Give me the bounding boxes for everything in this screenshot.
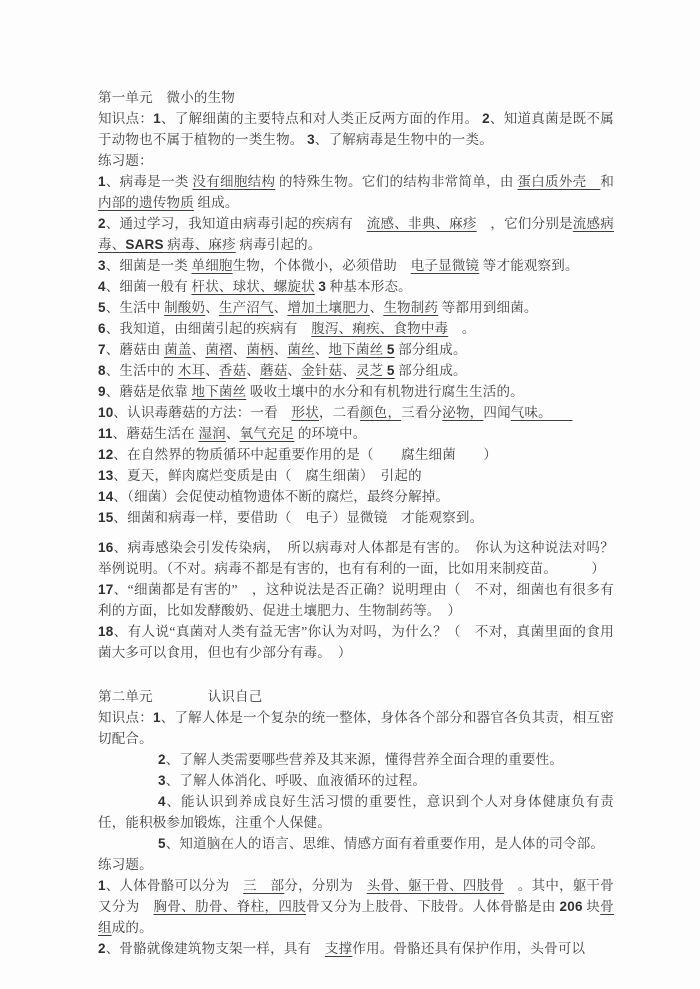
text-run: 、病毒是一类 [106, 174, 193, 189]
text-run: 4 [98, 279, 106, 294]
s2-item-1: 1、人体骨骼可以分为 三 部分，分别为 头骨、躯干骨、四肢骨 。其中，躯干骨又分… [98, 875, 614, 938]
s1-item-8: 8、生活中的 木耳、香菇、蘑菇、金针菇、灵芝 5 部分组成。 [98, 360, 614, 381]
blank-answer-text: 形状 [292, 405, 319, 420]
text-run: 14 [98, 489, 113, 504]
text-run: 5 [158, 836, 166, 851]
section2-knowledge-point-5: 5、知道脑在人的语言、思维、情感方面有着重要作用，是人体的司令部。 [98, 833, 614, 854]
text-run: 、 [370, 300, 384, 315]
text-run: 、（细菌）会促使动植物遗体不断的腐烂，最终分解掉。 [113, 489, 449, 504]
text-run: 17 [98, 582, 113, 597]
blank-answer-text: 单细胞 [192, 258, 233, 273]
blank-answer-text: 菌丝 [287, 342, 314, 357]
text-run: 、能认识到养成良好生活习惯的重要性，意识到个人对身体健康负有责任，能积极参加锻炼… [98, 794, 614, 830]
text-run: 2 [98, 216, 106, 231]
blank-answer-text: 流感、非典、麻疹 [367, 216, 477, 231]
text-run: 、 [287, 363, 301, 378]
blank-answer-text: 蛋白质外壳 [517, 174, 600, 189]
text-run: 三看分 [401, 405, 442, 420]
blank-answer-text: 三 部 [243, 878, 284, 893]
text-run: 成的。 [112, 920, 153, 935]
text-run: 、 [315, 342, 329, 357]
blank-answer-text: 氧气充足 [240, 426, 295, 441]
text-run: 1 [98, 878, 106, 893]
section2-title: 第二单元 认识自己 [98, 686, 614, 707]
text-run: 、夏天，鲜肉腐烂变质是由（ 腐生细菌） 引起的 [113, 468, 421, 483]
text-run: 1 [153, 111, 161, 126]
blank-answer-text: 菌柄 [246, 342, 273, 357]
text-run: 、细菌一般有 [106, 279, 192, 294]
s1-item-7: 7、蘑菇由 菌盖、菌褶、菌柄、菌丝、地下菌丝 5 部分组成。 [98, 339, 614, 360]
text-run: ，二看 [319, 405, 360, 420]
section1-title: 第一单元 微小的生物 [98, 87, 614, 108]
text-run: 、生活中 [106, 300, 164, 315]
text-run: 、 [192, 342, 206, 357]
blank-answer-text: 5 [387, 342, 395, 357]
s1-item-6: 6、我知道，由细菌引起的疾病有 腹泻、痢疾、食物中毒 。 [98, 318, 614, 339]
blank-answer-text: 泌物， [442, 405, 483, 420]
text-run: 12 [98, 447, 113, 462]
text-run: 组成。 [194, 195, 239, 210]
blank-answer-text: 胸骨、肋骨、脊柱，四肢 [154, 899, 307, 914]
text-run: 练习题。 [98, 857, 153, 872]
s1-item-16: 16、病毒感染会引发传染病， 所以病毒对人体都是有害的。 你认为这种说法对吗？举… [98, 537, 614, 579]
text-run: 16 [98, 540, 113, 555]
blank-answer-text: 制酸奶 [164, 300, 205, 315]
text-run: 、了解细菌的主要特点和对人类正反两方面的作用。 [161, 111, 482, 126]
blank-answer-text: 蘑菇 [260, 363, 287, 378]
text-run: ，它们分别是 [477, 216, 573, 231]
section1-exercises-label: 练习题： [98, 150, 614, 171]
text-run: 、了解人体是一个复杂的统一整体，身体各个部分和器官各负其责，相互密切配合。 [98, 710, 614, 746]
text-run: 知识点： [98, 111, 153, 126]
s1-item-14: 14、（细菌）会促使动植物遗体不断的腐烂，最终分解掉。 [98, 486, 614, 507]
blank-answer-text: 香菇 [219, 363, 246, 378]
text-run: 、蘑菇由 [106, 342, 164, 357]
text-run: 2 [98, 941, 106, 956]
text-run: 和 [600, 174, 614, 189]
document-body: 第一单元 微小的生物知识点：1、了解细菌的主要特点和对人类正反两方面的作用。 2… [98, 87, 614, 959]
text-run: 、骨骼就像建筑物支架一样，具有 [106, 941, 325, 956]
text-run: 13 [98, 468, 113, 483]
section2-exercises-label: 练习题。 [98, 854, 614, 875]
text-run: 、通过学习，我知道由病毒引起的疾病有 [106, 216, 367, 231]
text-run: 骨又分为上肢骨、下肢骨。人体骨骼是由 [306, 899, 559, 914]
s1-item-1: 1、病毒是一类 没有细胞结构 的特殊生物。它们的结构非常简单，由 蛋白质外壳 和… [98, 171, 614, 213]
blank-answer-text: 灵芝 [356, 363, 387, 378]
text-run: 块 [583, 899, 601, 914]
text-run: 、人体骨骼可以分为 [106, 878, 243, 893]
text-run: 等都用到细菌。 [438, 300, 537, 315]
blank-answer-text: 病毒、麻疹 [164, 237, 236, 252]
text-run: 、有人说“真菌对人类有益无害”你认为对吗，为什么？（ 不对，真菌里面的食用菌大多… [98, 624, 614, 660]
s1-item-3: 3、细菌是一类 单细胞生物，个体微小，必须借助 电子显微镜 等才能观察到。 [98, 255, 614, 276]
text-run: 1 [98, 174, 106, 189]
blank-answer-text: 支撑 [325, 941, 352, 956]
gap-after-item-15 [98, 528, 614, 537]
gap-between-sections [98, 663, 614, 686]
blank-answer-text: 杆状、球状、螺旋状 [192, 279, 315, 294]
blank-answer-text: 没有细胞结构 [192, 174, 275, 189]
section1-knowledge-points: 知识点：1、了解细菌的主要特点和对人类正反两方面的作用。 2、知道真菌是既不属于… [98, 108, 614, 150]
blank-answer-text: 颜色， [360, 405, 401, 420]
text-run: 18 [98, 624, 113, 639]
text-run: 等才能观察到。 [479, 258, 578, 273]
blank-answer-text: 内部的遗传物质 [98, 195, 194, 210]
s1-item-11: 11、蘑菇生活在 湿润、氧气充足 的环境中。 [98, 423, 614, 444]
text-run: 、认识毒蘑菇的方法：一看 [113, 405, 291, 420]
text-run: 、“细菌都是有害的” ，这种说法是否正确？说明理由（ 不对，细菌也有很多有利的方… [98, 582, 614, 618]
blank-answer-text: 腹泻、痢疾、食物中毒 [311, 321, 448, 336]
text-run: 生物，个体微小，必须借助 [233, 258, 411, 273]
blank-answer-text: 湿润 [198, 426, 225, 441]
text-run: 2 [158, 752, 166, 767]
text-run: 、 [205, 300, 219, 315]
s1-item-4: 4、细菌一般有 杆状、球状、螺旋状 3 种基本形态。 [98, 276, 614, 297]
text-run: 206 [560, 899, 583, 914]
text-run: 练习题： [98, 153, 153, 168]
s1-item-15: 15、细菌和病毒一样，要借助（ 电子）显微镜 才能观察到。 [98, 507, 614, 528]
text-run: 吸收土壤中的水分和有机物进行腐生生活的。 [246, 384, 524, 399]
section2-knowledge-point-1: 知识点：1、了解人体是一个复杂的统一整体，身体各个部分和器官各负其责，相互密切配… [98, 707, 614, 749]
text-run: 、 [342, 363, 356, 378]
text-run: 知识点： [98, 710, 153, 725]
blank-answer-text: 木耳 [178, 363, 205, 378]
text-run: 、了解病毒是生物中的一类。 [315, 132, 493, 147]
text-run: 第二单元 认识自己 [98, 689, 262, 704]
text-run: 第一单元 微小的生物 [98, 90, 235, 105]
text-run: 、在自然界的物质循环中起重要作用的是（ 腐生细菌 ） [113, 447, 497, 462]
blank-answer-text: 生产沼气 [219, 300, 274, 315]
text-run: 、 [274, 300, 288, 315]
blank-answer-text: 地下菌丝 [329, 342, 387, 357]
text-run: 病毒引起的。 [236, 237, 322, 252]
text-run: 、 [226, 426, 240, 441]
text-run: 8 [98, 363, 106, 378]
text-run: 、 [274, 342, 288, 357]
text-run: 3 [98, 258, 106, 273]
s1-item-10: 10、认识毒蘑菇的方法：一看 形状，二看颜色，三看分泌物，四闻气味。 [98, 402, 614, 423]
text-run: 四闻 [483, 405, 510, 420]
text-run: 3 [307, 132, 315, 147]
text-run: 种基本形态。 [326, 279, 412, 294]
blank-answer-text: 5 [387, 363, 395, 378]
text-run: 10 [98, 405, 113, 420]
text-run: 的环境中。 [294, 426, 366, 441]
text-run: 。 [448, 321, 475, 336]
blank-answer-text: 菌褶 [205, 342, 232, 357]
text-run: 、知道脑在人的语言、思维、情感方面有着重要作用，是人体的司令部。 [166, 836, 604, 851]
text-run: 、蘑菇是依靠 [106, 384, 192, 399]
text-run: 、 [246, 363, 260, 378]
text-run: 5 [98, 300, 106, 315]
text-run: 1 [153, 710, 161, 725]
text-run: 3 [318, 279, 326, 294]
text-run: 作用。骨骼还具有保护作用，头骨可以 [352, 941, 585, 956]
blank-answer-text: 菌盖 [164, 342, 191, 357]
text-run: 11 [98, 426, 113, 441]
text-run: 、蘑菇生活在 [113, 426, 199, 441]
blank-answer-text: 地下菌丝 [192, 384, 247, 399]
text-run: 、细菌是一类 [106, 258, 192, 273]
text-run: 7 [98, 342, 106, 357]
text-run: 、生活中的 [106, 363, 178, 378]
blank-answer-text: SARS [125, 237, 163, 252]
s1-item-12: 12、在自然界的物质循环中起重要作用的是（ 腐生细菌 ） [98, 444, 614, 465]
text-run: 6 [98, 321, 106, 336]
blank-answer-text: 头骨、躯干骨、四肢骨 [367, 878, 504, 893]
text-run: 、 [233, 342, 247, 357]
text-run: 2 [482, 111, 490, 126]
s1-item-13: 13、夏天，鲜肉腐烂变质是由（ 腐生细菌） 引起的 [98, 465, 614, 486]
blank-answer-text: 金针菇 [301, 363, 342, 378]
s1-item-2: 2、通过学习，我知道由病毒引起的疾病有 流感、非典、麻疹 ，它们分别是流感病毒、… [98, 213, 614, 255]
s1-item-5: 5、生活中 制酸奶、生产沼气、增加土壤肥力、生物制药 等都用到细菌。 [98, 297, 614, 318]
text-run: 部分组成。 [395, 363, 467, 378]
text-run: 、 [205, 363, 219, 378]
text-run: 3 [158, 773, 166, 788]
text-run: 9 [98, 384, 106, 399]
text-run: 、了解人类需要哪些营养及其来源，懂得营养全面合理的重要性。 [166, 752, 563, 767]
text-run: 15 [98, 510, 113, 525]
blank-answer-text: 增加土壤肥力 [287, 300, 369, 315]
text-run: 、病毒感染会引发传染病， 所以病毒对人体都是有害的。 你认为这种说法对吗？举例说… [98, 540, 614, 576]
section2-knowledge-point-4: 4、能认识到养成良好生活习惯的重要性，意识到个人对身体健康负有责任，能积极参加锻… [98, 791, 614, 833]
blank-answer-text: 生物制药 [383, 300, 438, 315]
text-run: 部分组成。 [395, 342, 467, 357]
text-run: 、了解人体消化、呼吸、血液循环的过程。 [166, 773, 426, 788]
text-run: 4 [158, 794, 166, 809]
s1-item-17: 17、“细菌都是有害的” ，这种说法是否正确？说明理由（ 不对，细菌也有很多有利… [98, 579, 614, 621]
section2-knowledge-point-2: 2、了解人类需要哪些营养及其来源，懂得营养全面合理的重要性。 [98, 749, 614, 770]
s1-item-18: 18、有人说“真菌对人类有益无害”你认为对吗，为什么？（ 不对，真菌里面的食用菌… [98, 621, 614, 663]
text-run: 分，分别为 [284, 878, 366, 893]
blank-answer-text: 电子显微镜 [411, 258, 480, 273]
text-run: 、我知道，由细菌引起的疾病有 [106, 321, 312, 336]
s1-item-9: 9、蘑菇是依靠 地下菌丝 吸收土壤中的水分和有机物进行腐生生活的。 [98, 381, 614, 402]
blank-answer-text: 气味。 [511, 405, 573, 420]
text-run: 、细菌和病毒一样，要借助（ 电子）显微镜 才能观察到。 [113, 510, 483, 525]
document-page: 第一单元 微小的生物知识点：1、了解细菌的主要特点和对人类正反两方面的作用。 2… [0, 0, 700, 989]
text-run: 的特殊生物。它们的结构非常简单，由 [275, 174, 517, 189]
section2-knowledge-point-3: 3、了解人体消化、呼吸、血液循环的过程。 [98, 770, 614, 791]
s2-item-2: 2、骨骼就像建筑物支架一样，具有 支撑作用。骨骼还具有保护作用，头骨可以 [98, 938, 614, 959]
